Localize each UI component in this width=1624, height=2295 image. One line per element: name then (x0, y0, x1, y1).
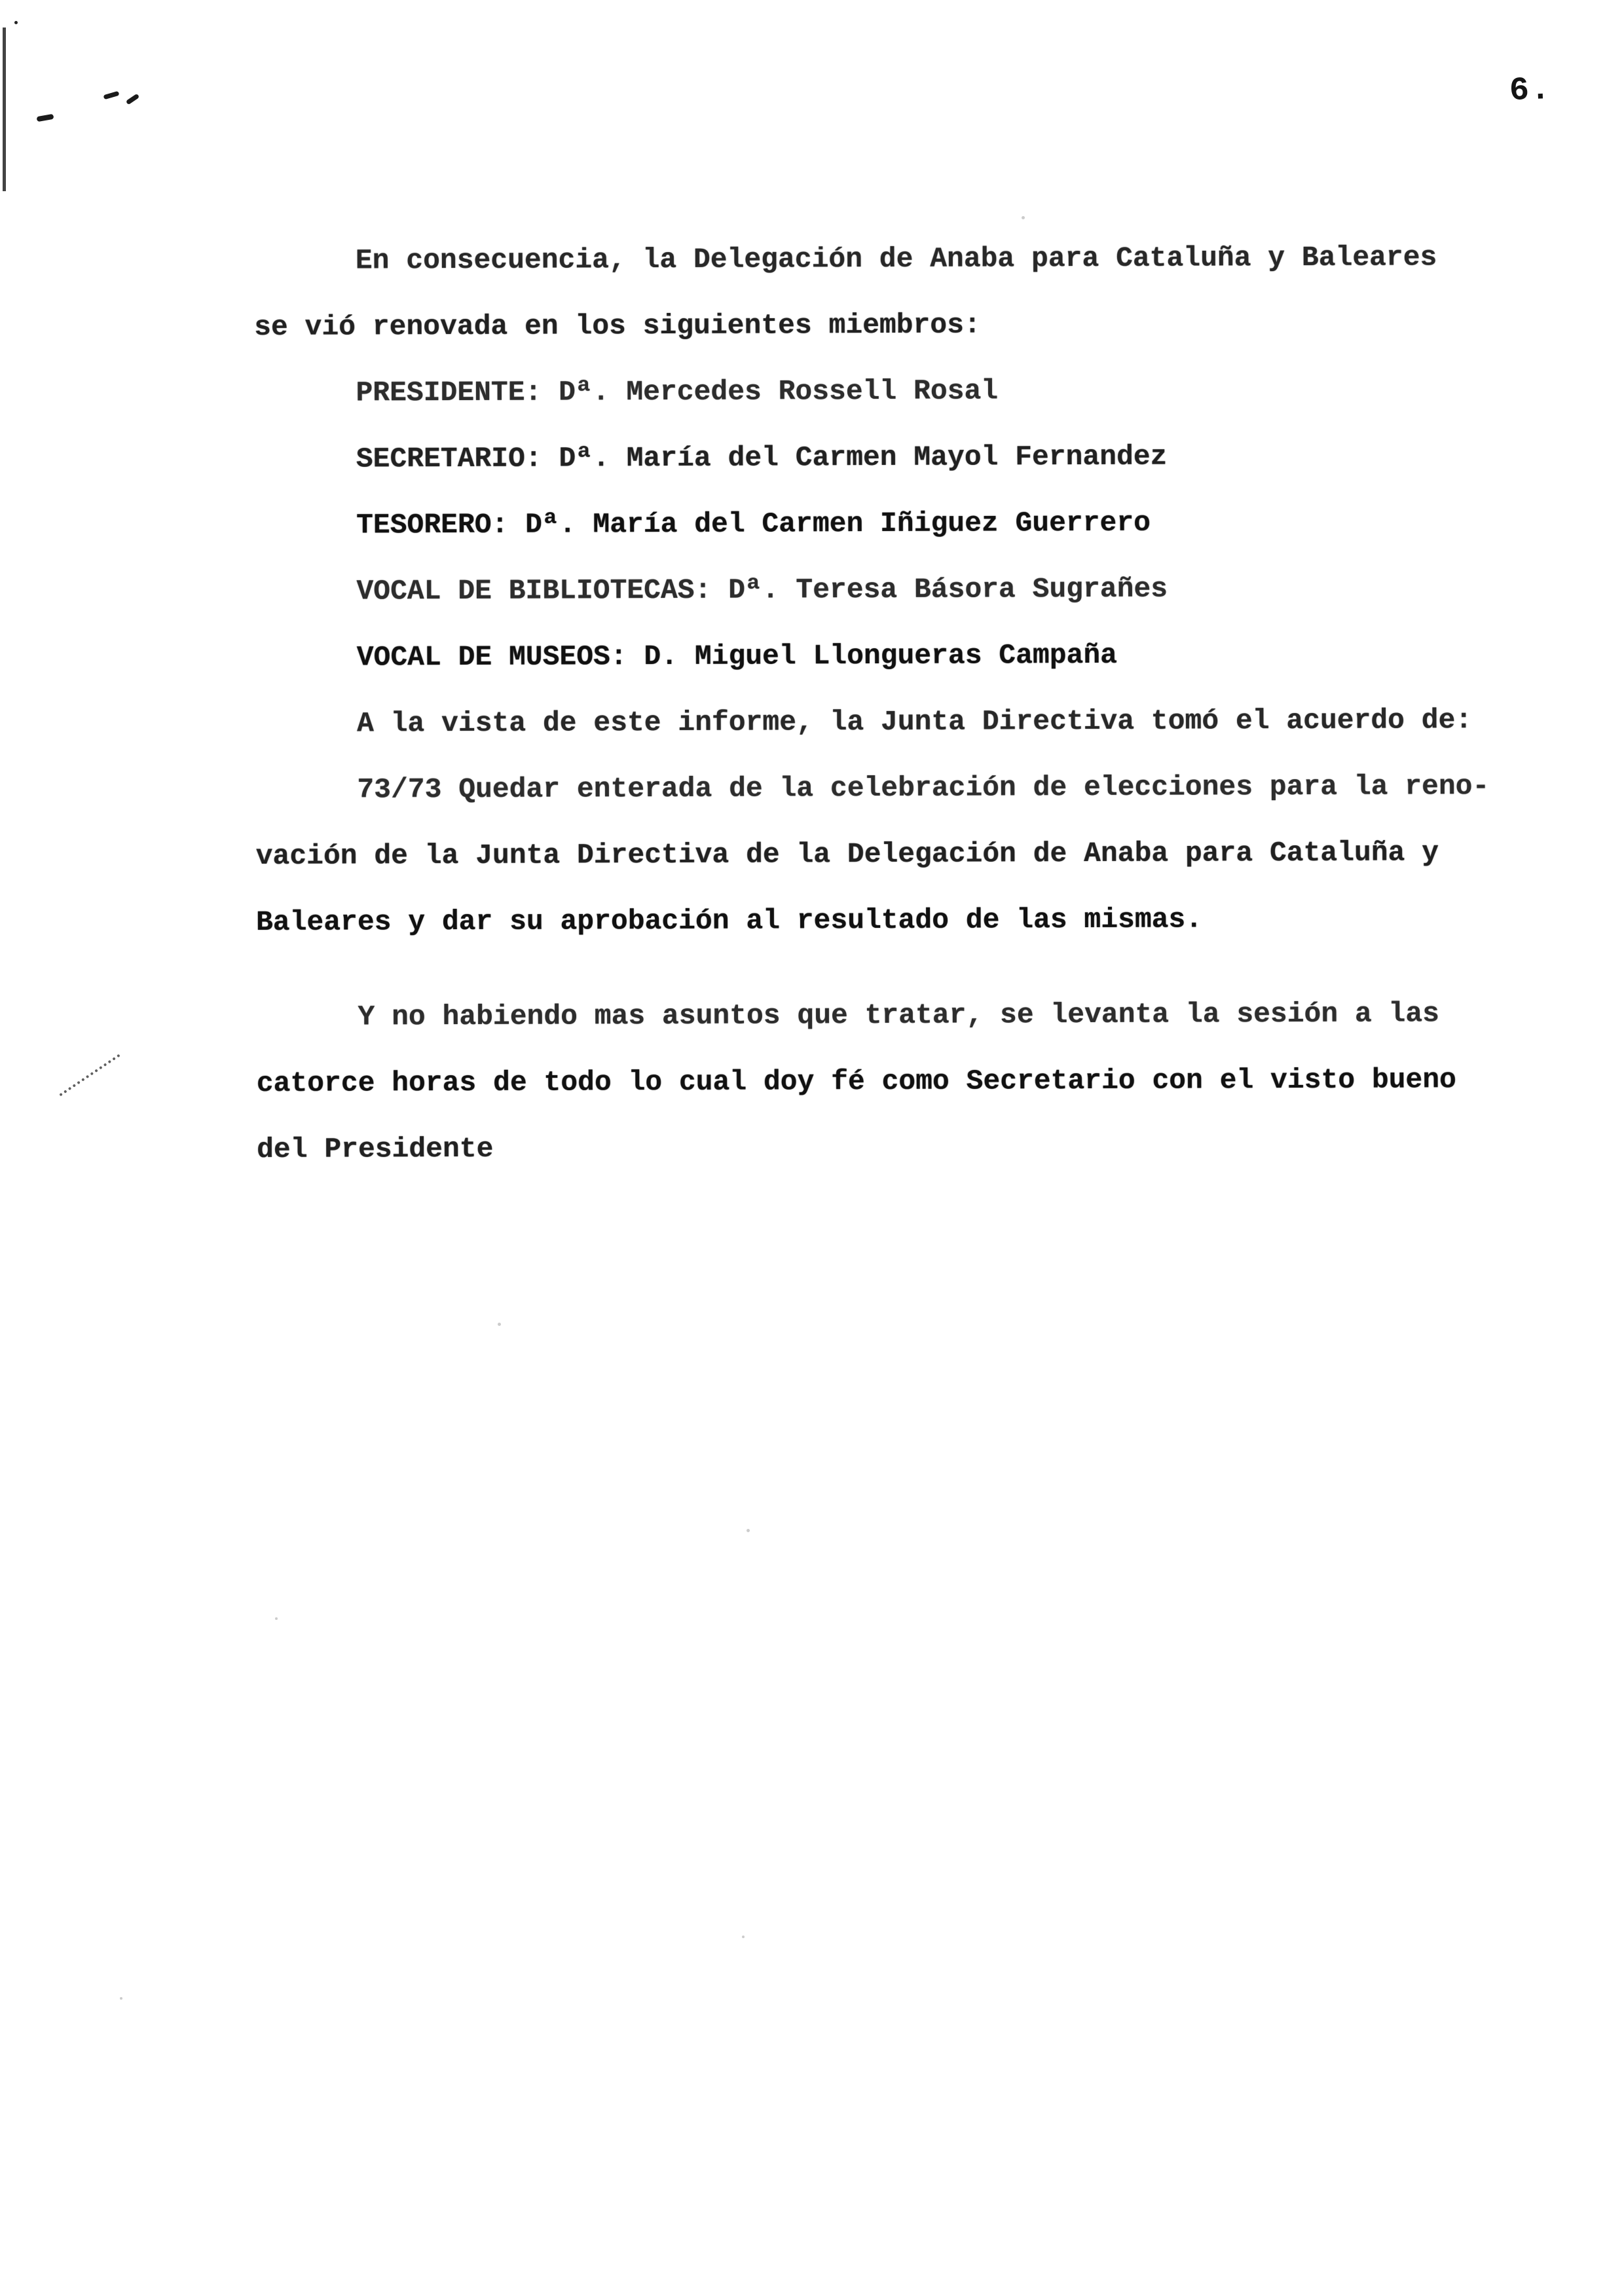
typewritten-line: 73/73 Quedar enterada de la celebración … (255, 753, 1500, 823)
typewritten-line: VOCAL DE BIBLIOTECAS: Dª. Teresa Básora … (255, 555, 1499, 625)
typewritten-line: SECRETARIO: Dª. María del Carmen Mayol F… (255, 422, 1499, 492)
scan-edge-line (3, 28, 6, 191)
typewritten-line: En consecuencia, la Delegación de Anaba … (254, 224, 1498, 294)
typewritten-line: TESORERO: Dª. María del Carmen Iñiguez G… (255, 488, 1499, 559)
page-number: 6. (1509, 71, 1552, 110)
pen-mark (37, 114, 54, 122)
ink-dot (14, 21, 18, 24)
ink-speck (747, 1529, 750, 1532)
pen-mark (103, 91, 120, 100)
ink-speck (275, 1617, 278, 1620)
typewritten-line: catorce horas de todo lo cual doy fé com… (257, 1046, 1501, 1116)
scanned-document-page: 6. En consecuencia, la Delegación de Ana… (0, 0, 1624, 2295)
typewritten-line: PRESIDENTE: Dª. Mercedes Rossell Rosal (254, 356, 1498, 426)
ink-speck (498, 1323, 501, 1326)
ink-speck (120, 1997, 122, 2000)
typewritten-text-block: En consecuencia, la Delegación de Anaba … (254, 224, 1502, 1183)
typewritten-line: del Presidente (257, 1112, 1501, 1183)
ink-speck (742, 1936, 745, 1938)
typewritten-line: VOCAL DE MUSEOS: D. Miguel Llongueras Ca… (255, 621, 1500, 691)
typewritten-line: A la vista de este informe, la Junta Dir… (255, 687, 1500, 757)
typewritten-line: Y no habiendo mas asuntos que tratar, se… (256, 980, 1500, 1050)
typewritten-line: Baleares y dar su aprobación al resultad… (256, 885, 1500, 955)
pen-stroke (59, 1054, 120, 1097)
typewritten-line: vación de la Junta Directiva de la Deleg… (256, 819, 1500, 889)
ink-speck (1022, 216, 1025, 219)
pen-mark (126, 94, 139, 105)
typewritten-line: se vió renovada en los siguientes miembr… (254, 290, 1498, 360)
